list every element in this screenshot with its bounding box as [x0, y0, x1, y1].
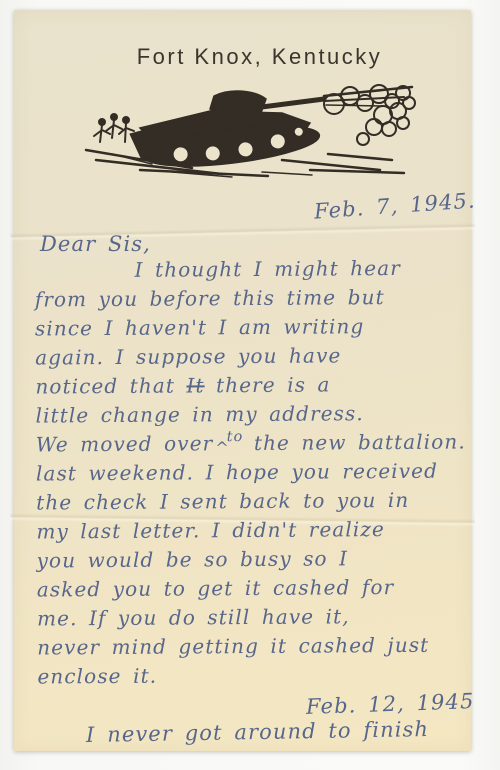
- letter-segment: noticed that: [35, 373, 186, 398]
- letter-segment: from you before this time but: [35, 285, 385, 311]
- letter-date-first: Feb. 7, 1945.: [313, 188, 476, 223]
- letter-line: my last letter. I didn't realize: [36, 514, 466, 546]
- letter-line: again. I suppose you have: [35, 341, 465, 373]
- letter-salutation: Dear Sis,: [40, 232, 151, 256]
- letter-segment: enclose it.: [37, 664, 157, 689]
- letter-line: never mind getting it cashed just: [37, 630, 467, 662]
- letter-line: me. If you do still have it,: [37, 601, 467, 633]
- letter-date-second: Feb. 12, 1945: [306, 689, 475, 719]
- letter-segment: asked you to get it cashed for: [37, 575, 395, 601]
- letter-segment: you would be so busy so I: [37, 546, 349, 572]
- letter-segment: again. I suppose you have: [35, 343, 341, 369]
- letter-segment: since I haven't I am writing: [35, 314, 365, 340]
- letter-segment: my last letter. I didn't realize: [36, 517, 385, 543]
- letter-segment: little change in my address.: [36, 401, 364, 427]
- letter-segment-insert: to: [227, 423, 244, 452]
- letter-body: I thought I might hearfrom you before th…: [34, 254, 467, 692]
- letter-paper: Fort Knox, Kentucky: [14, 10, 471, 751]
- letter-line: since I haven't I am writing: [35, 312, 465, 344]
- letter-line: enclose it.: [37, 659, 467, 691]
- letter-segment: I thought I might hear: [134, 256, 400, 282]
- letter-segment: We moved over: [36, 431, 214, 456]
- letterhead-location: Fort Knox, Kentucky: [14, 44, 471, 70]
- letter-line: We moved over^to the new battalion.: [36, 428, 466, 460]
- letter-line: from you before this time but: [35, 283, 465, 315]
- letter-line: last weekend. I hope you received: [36, 456, 466, 488]
- letter-line: I thought I might hear: [34, 254, 464, 286]
- letter-line: you would be so busy so I: [37, 543, 467, 575]
- letter-line: the check I sent back to you in: [36, 485, 466, 517]
- letter-segment-strike: It: [186, 373, 204, 397]
- letter-segment: me. If you do still have it,: [37, 604, 350, 630]
- letter-segment: the check I sent back to you in: [36, 488, 409, 515]
- letter-line: asked you to get it cashed for: [37, 572, 467, 604]
- tank-illustration-icon: [82, 84, 416, 178]
- letter-continuation-line: I never got around to finish: [86, 717, 429, 747]
- letter-segment: never mind getting it cashed just: [37, 633, 429, 660]
- letter-segment: there is a: [205, 372, 331, 397]
- letter-segment: the new battalion.: [242, 430, 466, 456]
- letter-line: noticed that It there is a: [35, 370, 465, 402]
- letter-segment: last weekend. I hope you received: [36, 459, 438, 486]
- scanned-letter-background: Fort Knox, Kentucky: [0, 0, 500, 770]
- letter-line: little change in my address.: [35, 399, 465, 431]
